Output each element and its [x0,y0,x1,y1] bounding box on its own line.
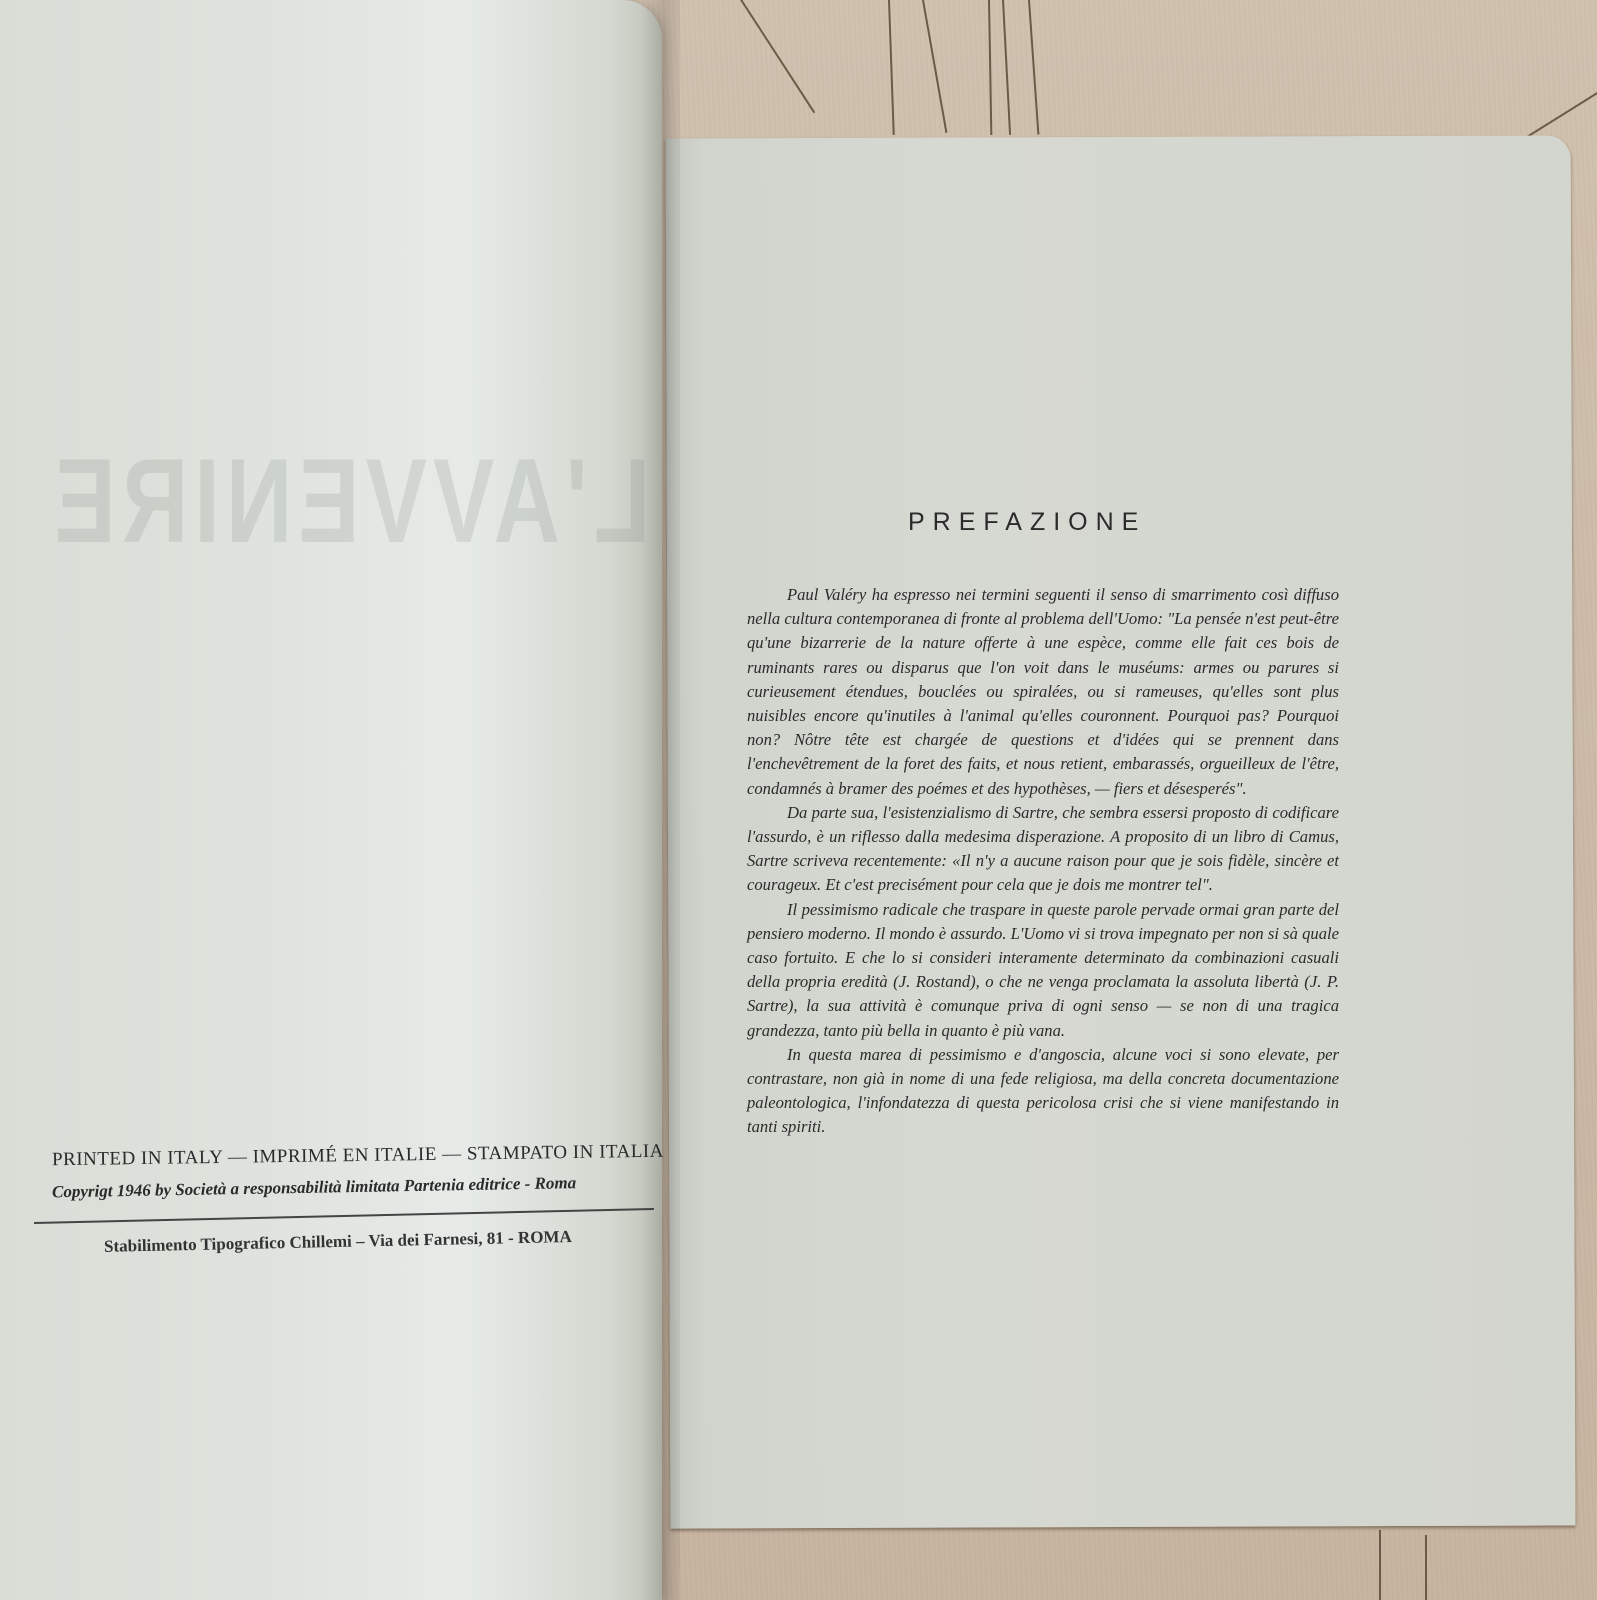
bleed-through-title: L'AVVENIRE DELL'UOMO [30,434,650,571]
desk-scratch [1379,1530,1381,1600]
desk-scratch [988,0,992,135]
desk-scratch [888,0,894,135]
colophon: PRINTED IN ITALY — IMPRIMÉ EN ITALIE — S… [52,1145,662,1251]
printer-line: Stabilimento Tipografico Chillemi – Via … [104,1225,662,1257]
desk-scratch [740,0,815,113]
paragraph: Paul Valéry ha espresso nei termini segu… [747,583,1339,801]
desk-scratch [1028,0,1039,135]
paragraph: Il pessimismo radicale che traspare in q… [747,898,1339,1043]
book-spine-shadow [640,0,680,1600]
desk-scratch [922,0,947,133]
page-title: PREFAZIONE [908,508,1146,537]
copyright-line: Copyrigt 1946 by Società a responsabilit… [52,1172,662,1203]
paragraph: Da parte sua, l'esistenzialismo di Sartr… [747,801,1339,898]
left-page: L'AVVENIRE DELL'UOMO PRINTED IN ITALY — … [0,0,662,1600]
desk-scratch [1002,0,1011,135]
paragraph: In questa marea di pessimismo e d'angosc… [747,1043,1339,1140]
desk-scratch [1425,1535,1427,1600]
preface-body: Paul Valéry ha espresso nei termini segu… [747,583,1339,1140]
printed-in-italy-line: PRINTED IN ITALY — IMPRIMÉ EN ITALIE — S… [52,1141,662,1172]
colophon-divider [34,1208,654,1224]
